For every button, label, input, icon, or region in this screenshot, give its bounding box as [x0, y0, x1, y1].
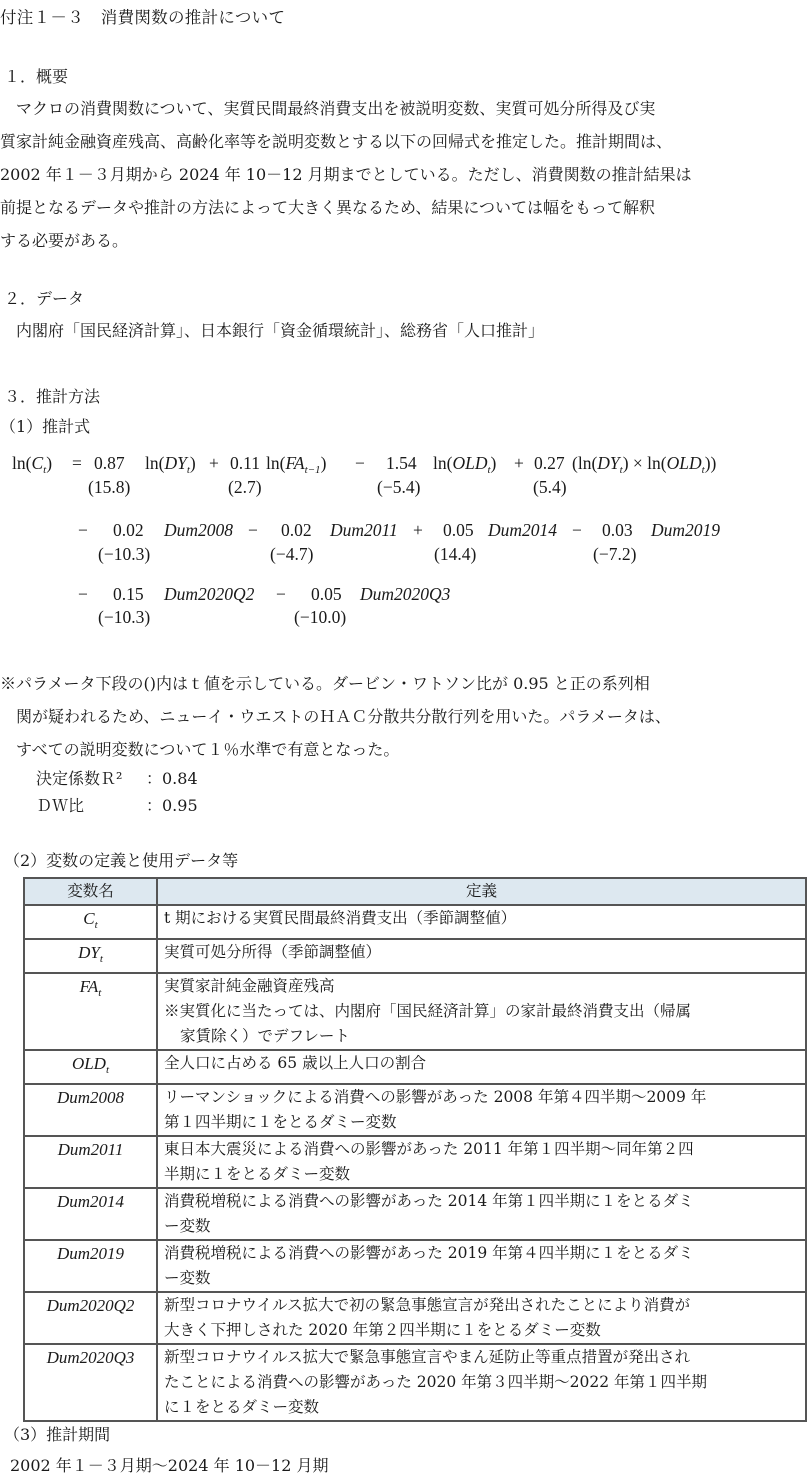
definition-cell: 消費税増税による消費への影響があった 2019 年第４四半期に１をとるダミ ー変…: [157, 1240, 806, 1292]
var-dummy: Dum2020Q3: [360, 584, 450, 605]
table-row: FAt 実質家計純金融資産残高 ※実質化に当たっては、内閣府「国民経済計算」の家…: [24, 973, 806, 1050]
section1-body: マクロの消費関数について、実質民間最終消費支出を被説明変数、実質可処分所得及び実…: [0, 92, 692, 257]
minus-sign: −: [355, 453, 365, 474]
section1-line: マクロの消費関数について、実質民間最終消費支出を被説明変数、実質可処分所得及び実: [0, 92, 692, 125]
definition-cell: 新型コロナウイルス拡大で初の緊急事態宣言が発出されたことにより消費が 大きく下押…: [157, 1292, 806, 1344]
var-dummy: Dum2011: [330, 520, 398, 541]
estimation-note: ※パラメータ下段の()内はｔ値を示している。ダービン・ワトソン比が 0.95 と…: [0, 667, 671, 766]
variable-cell: Dum2020Q2: [24, 1292, 157, 1344]
tvalue: (−4.7): [270, 544, 313, 565]
var-dummy: Dum2019: [651, 520, 720, 541]
note-line: ※パラメータ下段の()内はｔ値を示している。ダービン・ワトソン比が 0.95 と…: [0, 667, 671, 700]
table-row: Ct t 期における実質民間最終消費支出（季節調整値）: [24, 905, 806, 939]
fit-statistics: 決定係数Ｒ²：0.84 ＤＷ比：0.95: [36, 765, 198, 819]
note-line: 関が疑われるため、ニューイ・ウエストのＨＡＣ分散共分散行列を用いた。パラメータは…: [0, 700, 671, 733]
header-variable-name: 変数名: [24, 878, 157, 905]
tvalue: (2.7): [228, 477, 262, 498]
table-row: Dum2019 消費税増税による消費への影響があった 2019 年第４四半期に１…: [24, 1240, 806, 1292]
equals-sign: =: [72, 453, 82, 474]
definition-cell: 消費税増税による消費への影響があった 2014 年第１四半期に１をとるダミ ー変…: [157, 1188, 806, 1240]
coef: 0.15: [113, 584, 144, 605]
coef: 0.02: [113, 520, 144, 541]
section2-text: 内閣府「国民経済計算」、日本銀行「資金循環統計」、総務省「人口推計」: [16, 314, 544, 347]
plus-sign: +: [413, 520, 423, 541]
coef: 0.02: [281, 520, 312, 541]
stat-value: ：0.95: [146, 796, 198, 815]
var-interaction: (ln(DYt) × ln(OLDt)): [572, 453, 716, 476]
definition-cell: t 期における実質民間最終消費支出（季節調整値）: [157, 905, 806, 939]
var-dummy: Dum2014: [488, 520, 557, 541]
variable-cell: FAt: [24, 973, 157, 1050]
var-ln-fa: ln(FAt−1): [266, 453, 326, 476]
section1-line: する必要がある。: [0, 224, 692, 257]
var-ln-old: ln(OLDt): [433, 453, 496, 476]
section1-line: 2002 年１－３月期から 2024 年 10－12 月期までとしている。ただし…: [0, 158, 692, 191]
coef-dy: 0.87: [94, 453, 125, 474]
tvalue: (14.4): [434, 544, 476, 565]
coef: 0.05: [311, 584, 342, 605]
plus-sign: +: [209, 453, 219, 474]
stat-r2: 決定係数Ｒ²：0.84: [36, 765, 198, 792]
section3-heading: ３．推計方法: [4, 380, 100, 413]
variable-cell: Dum2019: [24, 1240, 157, 1292]
tvalue: (5.4): [533, 477, 567, 498]
coef-old: 1.54: [386, 453, 417, 474]
section1-line: 質家計純金融資産残高、高齢化率等を説明変数とする以下の回帰式を推定した。推計期間…: [0, 125, 692, 158]
variable-cell: OLDt: [24, 1050, 157, 1084]
definition-cell: 新型コロナウイルス拡大で緊急事態宣言やまん延防止等重点措置が発出され たことによ…: [157, 1344, 806, 1421]
minus-sign: −: [78, 584, 88, 605]
variable-cell: Dum2011: [24, 1136, 157, 1188]
stat-label: 決定係数Ｒ²: [36, 765, 146, 792]
tvalue: (−10.3): [98, 544, 150, 565]
estimation-period: 2002 年１－３月期～2024 年 10－12 月期: [10, 1449, 329, 1478]
subsection-definitions-heading: （2）変数の定義と使用データ等: [4, 844, 238, 877]
header-definition: 定義: [157, 878, 806, 905]
minus-sign: −: [572, 520, 582, 541]
variable-cell: Ct: [24, 905, 157, 939]
subsection-period-heading: （3）推計期間: [4, 1418, 110, 1451]
coef-interaction: 0.27: [534, 453, 565, 474]
definition-cell: 東日本大震災による消費への影響があった 2011 年第１四半期～同年第２四 半期…: [157, 1136, 806, 1188]
table-row: Dum2020Q2 新型コロナウイルス拡大で初の緊急事態宣言が発出されたことによ…: [24, 1292, 806, 1344]
variable-cell: Dum2014: [24, 1188, 157, 1240]
coef: 0.05: [443, 520, 474, 541]
table-row: DYt 実質可処分所得（季節調整値）: [24, 939, 806, 973]
minus-sign: −: [248, 520, 258, 541]
section1-heading: １．概要: [4, 60, 68, 93]
tvalue: (−10.3): [98, 607, 150, 628]
table-row: OLDt 全人口に占める 65 歳以上人口の割合: [24, 1050, 806, 1084]
minus-sign: −: [78, 520, 88, 541]
page-title: 付注１－３ 消費関数の推計について: [0, 4, 285, 28]
coef-fa: 0.11: [230, 453, 260, 474]
plus-sign: +: [514, 453, 524, 474]
section1-line: 前提となるデータや推計の方法によって大きく異なるため、結果については幅をもって解…: [0, 191, 692, 224]
var-dummy: Dum2008: [164, 520, 233, 541]
tvalue: (−10.0): [294, 607, 346, 628]
subsection-equation-heading: （1）推計式: [0, 410, 90, 443]
table-row: Dum2011 東日本大震災による消費への影響があった 2011 年第１四半期～…: [24, 1136, 806, 1188]
stat-dw: ＤＷ比：0.95: [36, 792, 198, 819]
stat-value: ：0.84: [146, 769, 198, 788]
var-ln-dy: ln(DYt): [145, 453, 196, 476]
table-row: Dum2014 消費税増税による消費への影響があった 2014 年第１四半期に１…: [24, 1188, 806, 1240]
section2-heading: ２．データ: [4, 282, 84, 315]
definition-cell: 実質家計純金融資産残高 ※実質化に当たっては、内閣府「国民経済計算」の家計最終消…: [157, 973, 806, 1050]
coef: 0.03: [602, 520, 633, 541]
variable-definitions-table: 変数名 定義 Ct t 期における実質民間最終消費支出（季節調整値） DYt 実…: [23, 877, 807, 1422]
tvalue: (15.8): [88, 477, 130, 498]
definition-cell: 全人口に占める 65 歳以上人口の割合: [157, 1050, 806, 1084]
table-row: Dum2020Q3 新型コロナウイルス拡大で緊急事態宣言やまん延防止等重点措置が…: [24, 1344, 806, 1421]
equation-lhs: ln(Ct): [12, 453, 52, 476]
note-line: すべての説明変数について１％水準で有意となった。: [0, 733, 671, 766]
variable-cell: Dum2008: [24, 1084, 157, 1136]
variable-cell: DYt: [24, 939, 157, 973]
tvalue: (−5.4): [377, 477, 420, 498]
variable-cell: Dum2020Q3: [24, 1344, 157, 1421]
stat-label: ＤＷ比: [36, 792, 146, 819]
table-header-row: 変数名 定義: [24, 878, 806, 905]
table-row: Dum2008 リーマンショックによる消費への影響があった 2008 年第４四半…: [24, 1084, 806, 1136]
minus-sign: −: [276, 584, 286, 605]
var-dummy: Dum2020Q2: [164, 584, 254, 605]
definition-cell: リーマンショックによる消費への影響があった 2008 年第４四半期～2009 年…: [157, 1084, 806, 1136]
tvalue: (−7.2): [593, 544, 636, 565]
definition-cell: 実質可処分所得（季節調整値）: [157, 939, 806, 973]
